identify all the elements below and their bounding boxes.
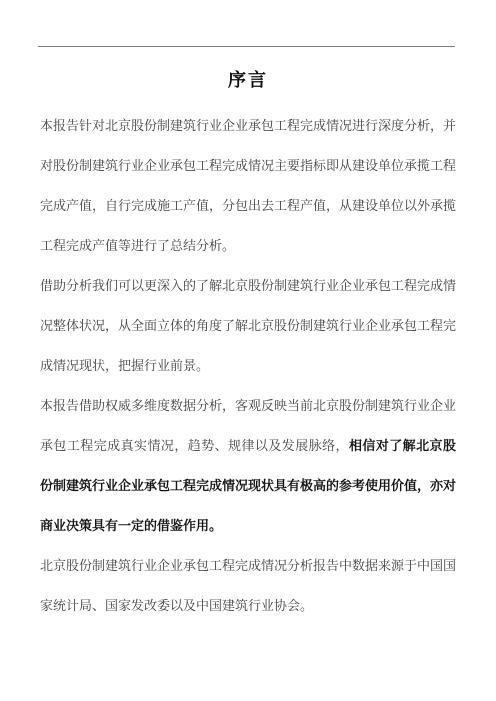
paragraph-text: 本报告针对北京股份制建筑行业企业承包工程完成情况进行深度分析，并对股份制建筑行业…: [40, 118, 456, 253]
preface-paragraph-3: 本报告借助权威多维度数据分析，客观反映当前北京股份制建筑行业企业承包工程完成真实…: [40, 386, 456, 546]
paragraph-text: 北京股份制建筑行业企业承包工程完成情况分析报告中数据来源于中国国家统计局、国家发…: [40, 558, 456, 613]
page-title: 序言: [0, 69, 496, 91]
paragraph-text: 借助分析我们可以更深入的了解北京股份制建筑行业企业承包工程完成情况整体状况，从全…: [40, 278, 456, 373]
preface-paragraph-1: 本报告针对北京股份制建筑行业企业承包工程完成情况进行深度分析，并对股份制建筑行业…: [40, 106, 456, 266]
document-page: 序言 本报告针对北京股份制建筑行业企业承包工程完成情况进行深度分析，并对股份制建…: [0, 0, 496, 701]
document-body: 本报告针对北京股份制建筑行业企业承包工程完成情况进行深度分析，并对股份制建筑行业…: [40, 106, 456, 626]
preface-paragraph-4: 北京股份制建筑行业企业承包工程完成情况分析报告中数据来源于中国国家统计局、国家发…: [40, 546, 456, 626]
preface-paragraph-2: 借助分析我们可以更深入的了解北京股份制建筑行业企业承包工程完成情况整体状况，从全…: [40, 266, 456, 386]
header-divider: [38, 46, 455, 47]
